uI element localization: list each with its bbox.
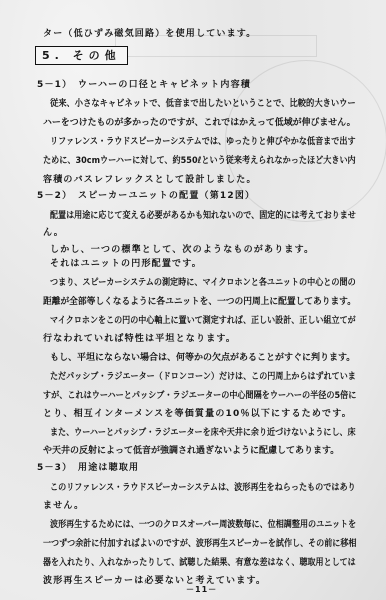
paragraph-line: ただパッシブ・ラジエーター（ドロンコーン）だけは、この円周上からはずれていま — [50, 369, 356, 382]
paragraph-line: 一つずつ余計に付加すればよいのですが、波形再生スピーカーを試作し、その前に移相 — [43, 536, 356, 549]
page-number: －11－ — [186, 584, 217, 595]
subsection-heading-5-3: 5－3） 用途は聴取用 — [37, 460, 139, 473]
paragraph-line: 配置は用途に応じて変える必要があるかも知れないので、固定的には考えておりませ — [50, 208, 356, 221]
paragraph-line: また、ウーハーとパッシブ・ラジエーターを床や天井に余り近づけないようにし、床 — [50, 425, 356, 438]
subsection-heading-5-2: 5－2） スピーカーユニットの配置（第12図） — [37, 188, 255, 201]
paragraph-line: 従来、小さなキャビネットで、低音まで出したいということで、比較的大きいウー — [50, 96, 356, 109]
paragraph-line: 容積のバスレフレックスとして設計しました。 — [43, 172, 257, 185]
paragraph-line: このリファレンス・ラウドスピーカーシステムは、波形再生をねらったものではあり — [50, 480, 356, 493]
paragraph-line: 波形再生するためには、一つのクロスオーバー周波数毎に、位相調整用のユニットを — [50, 517, 356, 530]
paragraph-line: 器を入れたり、入れなかったりして、試聴した結果、有意な差はなく、聴取用としては — [43, 555, 356, 568]
paragraph-line: 行なわれていれば特性は平坦となります。 — [43, 331, 236, 344]
section-heading: 5. その他 — [35, 46, 128, 65]
paragraph-line: マイクロホンをこの円の中心軸上に置いて測定すれば、正しい設計、正しい組立てが — [50, 313, 356, 326]
paragraph-line: ん。 — [43, 225, 64, 238]
paragraph-line: もし、平坦にならない場合は、何等かの欠点があることがすぐに判ります。 — [50, 350, 355, 363]
paragraph-line: 距離が全部等しくなるように各ユニットを、一つの円周上に配置してあります。 — [43, 294, 356, 307]
paragraph-line: それはユニットの円形配置です。 — [50, 256, 202, 269]
paragraph-line: 波形再生スピーカーは必要ないと考えています。 — [43, 573, 266, 586]
subsection-heading-5-1: 5－1） ウーハーの口径とキャビネット内容積 — [37, 77, 251, 90]
paragraph-line: しかし、一つの標準として、次のようなものがあります。 — [50, 242, 314, 255]
paragraph-line: ために、30cmウーハーに対して、約550ℓという従来考えられなかったほど大きい… — [43, 153, 356, 166]
paragraph-line: リファレンス・ラウドスピーカーシステムでは、ゆったりと伸びやかな低音まで出す — [50, 134, 356, 147]
paragraph-line: つまり、スピーカーシステムの測定時に、マイクロホンと各ユニットの中心との間の — [50, 275, 356, 288]
scanned-page: ター（低ひずみ磁気回路）を使用しています。 5. その他 5－1） ウーハーの口… — [0, 0, 386, 600]
paragraph-line: ません。 — [43, 498, 84, 511]
paragraph-line: すが、これはウーハーとパッシブ・ラジエーターの中心間隔をウーハーの半径の5倍に — [43, 388, 356, 401]
top-line: ター（低ひずみ磁気回路）を使用しています。 — [43, 26, 256, 39]
paragraph-line: や天井の反射によって低音が強調され過ぎないように配慮してあります。 — [43, 443, 339, 456]
paragraph-line: とり、相互インターメンスを等価質量の10％以下にするためです。 — [43, 406, 352, 419]
paragraph-line: ハーをつけたものが多かったのですが、これではかえって低域が伸びません。 — [43, 115, 356, 128]
